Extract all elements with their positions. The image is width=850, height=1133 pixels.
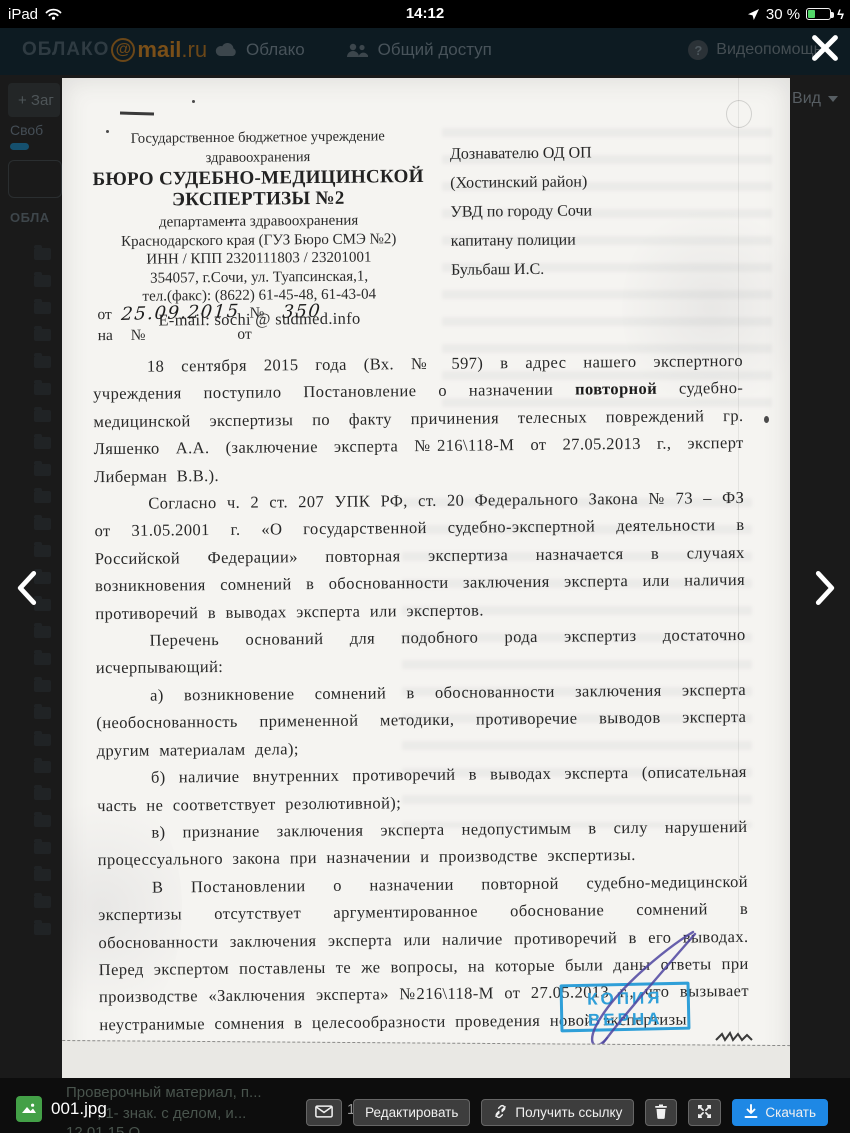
outgoing-ref-line: от 25.09.2015 № 350 <box>97 301 321 324</box>
logo-text-mail: mail <box>137 37 181 63</box>
ref-na-label: на <box>98 327 113 344</box>
org-sub-line: Краснодарского края (ГУЗ Бюро СМЭ №2) <box>87 229 431 251</box>
previous-page-button[interactable] <box>10 570 44 606</box>
chevron-down-icon <box>828 96 838 102</box>
sidebar-item-dimmed: , 1- знак. с делом, и... <box>97 1105 246 1122</box>
app-header: облако @ mail .ru Облако Общий доступ ? … <box>0 28 850 75</box>
addressee-line: Дознавателю ОД ОП <box>450 137 750 169</box>
addressee-line: УВД по городу Сочи <box>450 195 750 227</box>
video-help-label: Видеопомощь <box>716 41 822 59</box>
nav-item-cloud: Облако <box>215 40 305 60</box>
video-help: ? Видеопомощь <box>688 40 822 60</box>
document-page[interactable]: Государственное бюджетное учреждение здр… <box>62 78 790 1078</box>
ios-status-bar: iPad 14:12 30 % ϟ <box>0 0 850 28</box>
storage-progress-bar-dimmed <box>10 143 29 150</box>
logo-text-cloud: облако <box>22 39 109 61</box>
trash-icon <box>654 1103 668 1122</box>
get-link-button-label: Получить ссылку <box>515 1105 622 1120</box>
get-link-button[interactable]: Получить ссылку <box>481 1099 634 1126</box>
expand-icon <box>697 1104 712 1122</box>
paragraph: Перечень оснований для подобного рода эк… <box>95 621 745 682</box>
envelope-icon <box>315 1105 333 1121</box>
org-line: Государственное бюджетное учреждение <box>86 126 430 149</box>
next-page-button[interactable] <box>808 570 842 606</box>
send-by-mail-button[interactable] <box>306 1099 342 1126</box>
ref-ot-label: от <box>237 326 251 343</box>
paragraph: 18 сентября 2015 года (Вх. № 597) в адре… <box>93 347 744 490</box>
view-dropdown-dimmed: Вид <box>792 90 838 108</box>
image-file-icon <box>16 1096 42 1122</box>
cloud-icon <box>215 43 237 57</box>
nav-cloud-label: Облако <box>246 40 305 60</box>
nav-share-label: Общий доступ <box>378 40 492 60</box>
clock: 14:12 <box>0 5 850 22</box>
view-dropdown-label: Вид <box>792 90 821 108</box>
ref-ot-label: от <box>97 306 111 323</box>
org-name: БЮРО СУДЕБНО-МЕДИЦИНСКОЙ <box>86 166 430 190</box>
ref-num-sign: № <box>131 327 146 344</box>
paragraph: Согласно ч. 2 ст. 207 УПК РФ, ст. 20 Фед… <box>94 484 745 627</box>
addressee-line: капитану полиции <box>451 224 751 256</box>
org-name: ЭКСПЕРТИЗЫ №2 <box>86 187 430 211</box>
download-button-label: Скачать <box>765 1105 816 1120</box>
handwritten-number: 350 <box>281 301 322 323</box>
people-icon <box>345 43 369 58</box>
battery-percent-label: 30 % <box>766 6 800 23</box>
at-sign-icon: @ <box>111 38 135 62</box>
sidebar-item-dimmed: 12.01.15 О... <box>66 1124 153 1133</box>
search-box-dimmed <box>8 160 62 198</box>
bottom-toolbar: Проверочный материал, п... , 1- знак. с … <box>0 1078 850 1133</box>
viewer-actions: Редактировать Получить ссылку <box>306 1099 828 1126</box>
paragraph-bold-text: повторной <box>575 379 657 399</box>
location-arrow-icon <box>747 8 760 21</box>
free-space-label-dimmed: Своб <box>10 122 43 138</box>
paragraph: б) наличие внутренних противоречий в выв… <box>97 758 747 819</box>
edit-button[interactable]: Редактировать <box>353 1099 470 1126</box>
screen: + Заг Вид Своб ОБЛА Проверочный материал… <box>0 0 850 1133</box>
incoming-ref-line: на № от <box>98 326 252 345</box>
link-icon <box>493 1104 508 1122</box>
close-viewer-button[interactable] <box>810 33 840 63</box>
header-nav: Облако Общий доступ <box>215 40 492 60</box>
upload-button-dimmed: + Заг <box>8 83 60 117</box>
addressee-line: Бульбаш И.С. <box>451 253 751 285</box>
logo-text-ru: .ru <box>181 37 207 63</box>
signature <box>567 928 717 1058</box>
fullscreen-button[interactable] <box>688 1099 721 1126</box>
charging-bolt-icon: ϟ <box>837 7 844 22</box>
paragraph: а) возникновение сомнений в обоснованнос… <box>96 676 747 764</box>
current-file-chip: 001.jpg <box>16 1096 107 1122</box>
addressee-block: Дознавателю ОД ОП (Хостинский район) УВД… <box>450 137 751 285</box>
battery-icon <box>806 8 831 20</box>
download-icon <box>744 1104 758 1122</box>
help-icon: ? <box>688 40 708 60</box>
download-button[interactable]: Скачать <box>732 1099 828 1126</box>
ref-num-sign: № <box>250 305 265 322</box>
letterhead-org-block: Государственное бюджетное учреждение здр… <box>86 126 432 331</box>
corner-scribble <box>714 1028 754 1044</box>
edit-button-label: Редактировать <box>365 1105 458 1120</box>
delete-button[interactable] <box>645 1099 677 1126</box>
cloud-section-header-dimmed: ОБЛА <box>10 210 50 225</box>
paragraph: в) признание заключения эксперта недопус… <box>97 813 747 874</box>
nav-item-shared-access: Общий доступ <box>345 40 492 60</box>
addressee-line: (Хостинский район) <box>450 166 750 198</box>
handwritten-date: 25.09.2015 <box>121 301 241 325</box>
filename-label: 001.jpg <box>51 1099 107 1119</box>
cloud-mailru-logo: облако @ mail .ru <box>22 37 207 63</box>
paper-edge <box>62 1040 790 1078</box>
